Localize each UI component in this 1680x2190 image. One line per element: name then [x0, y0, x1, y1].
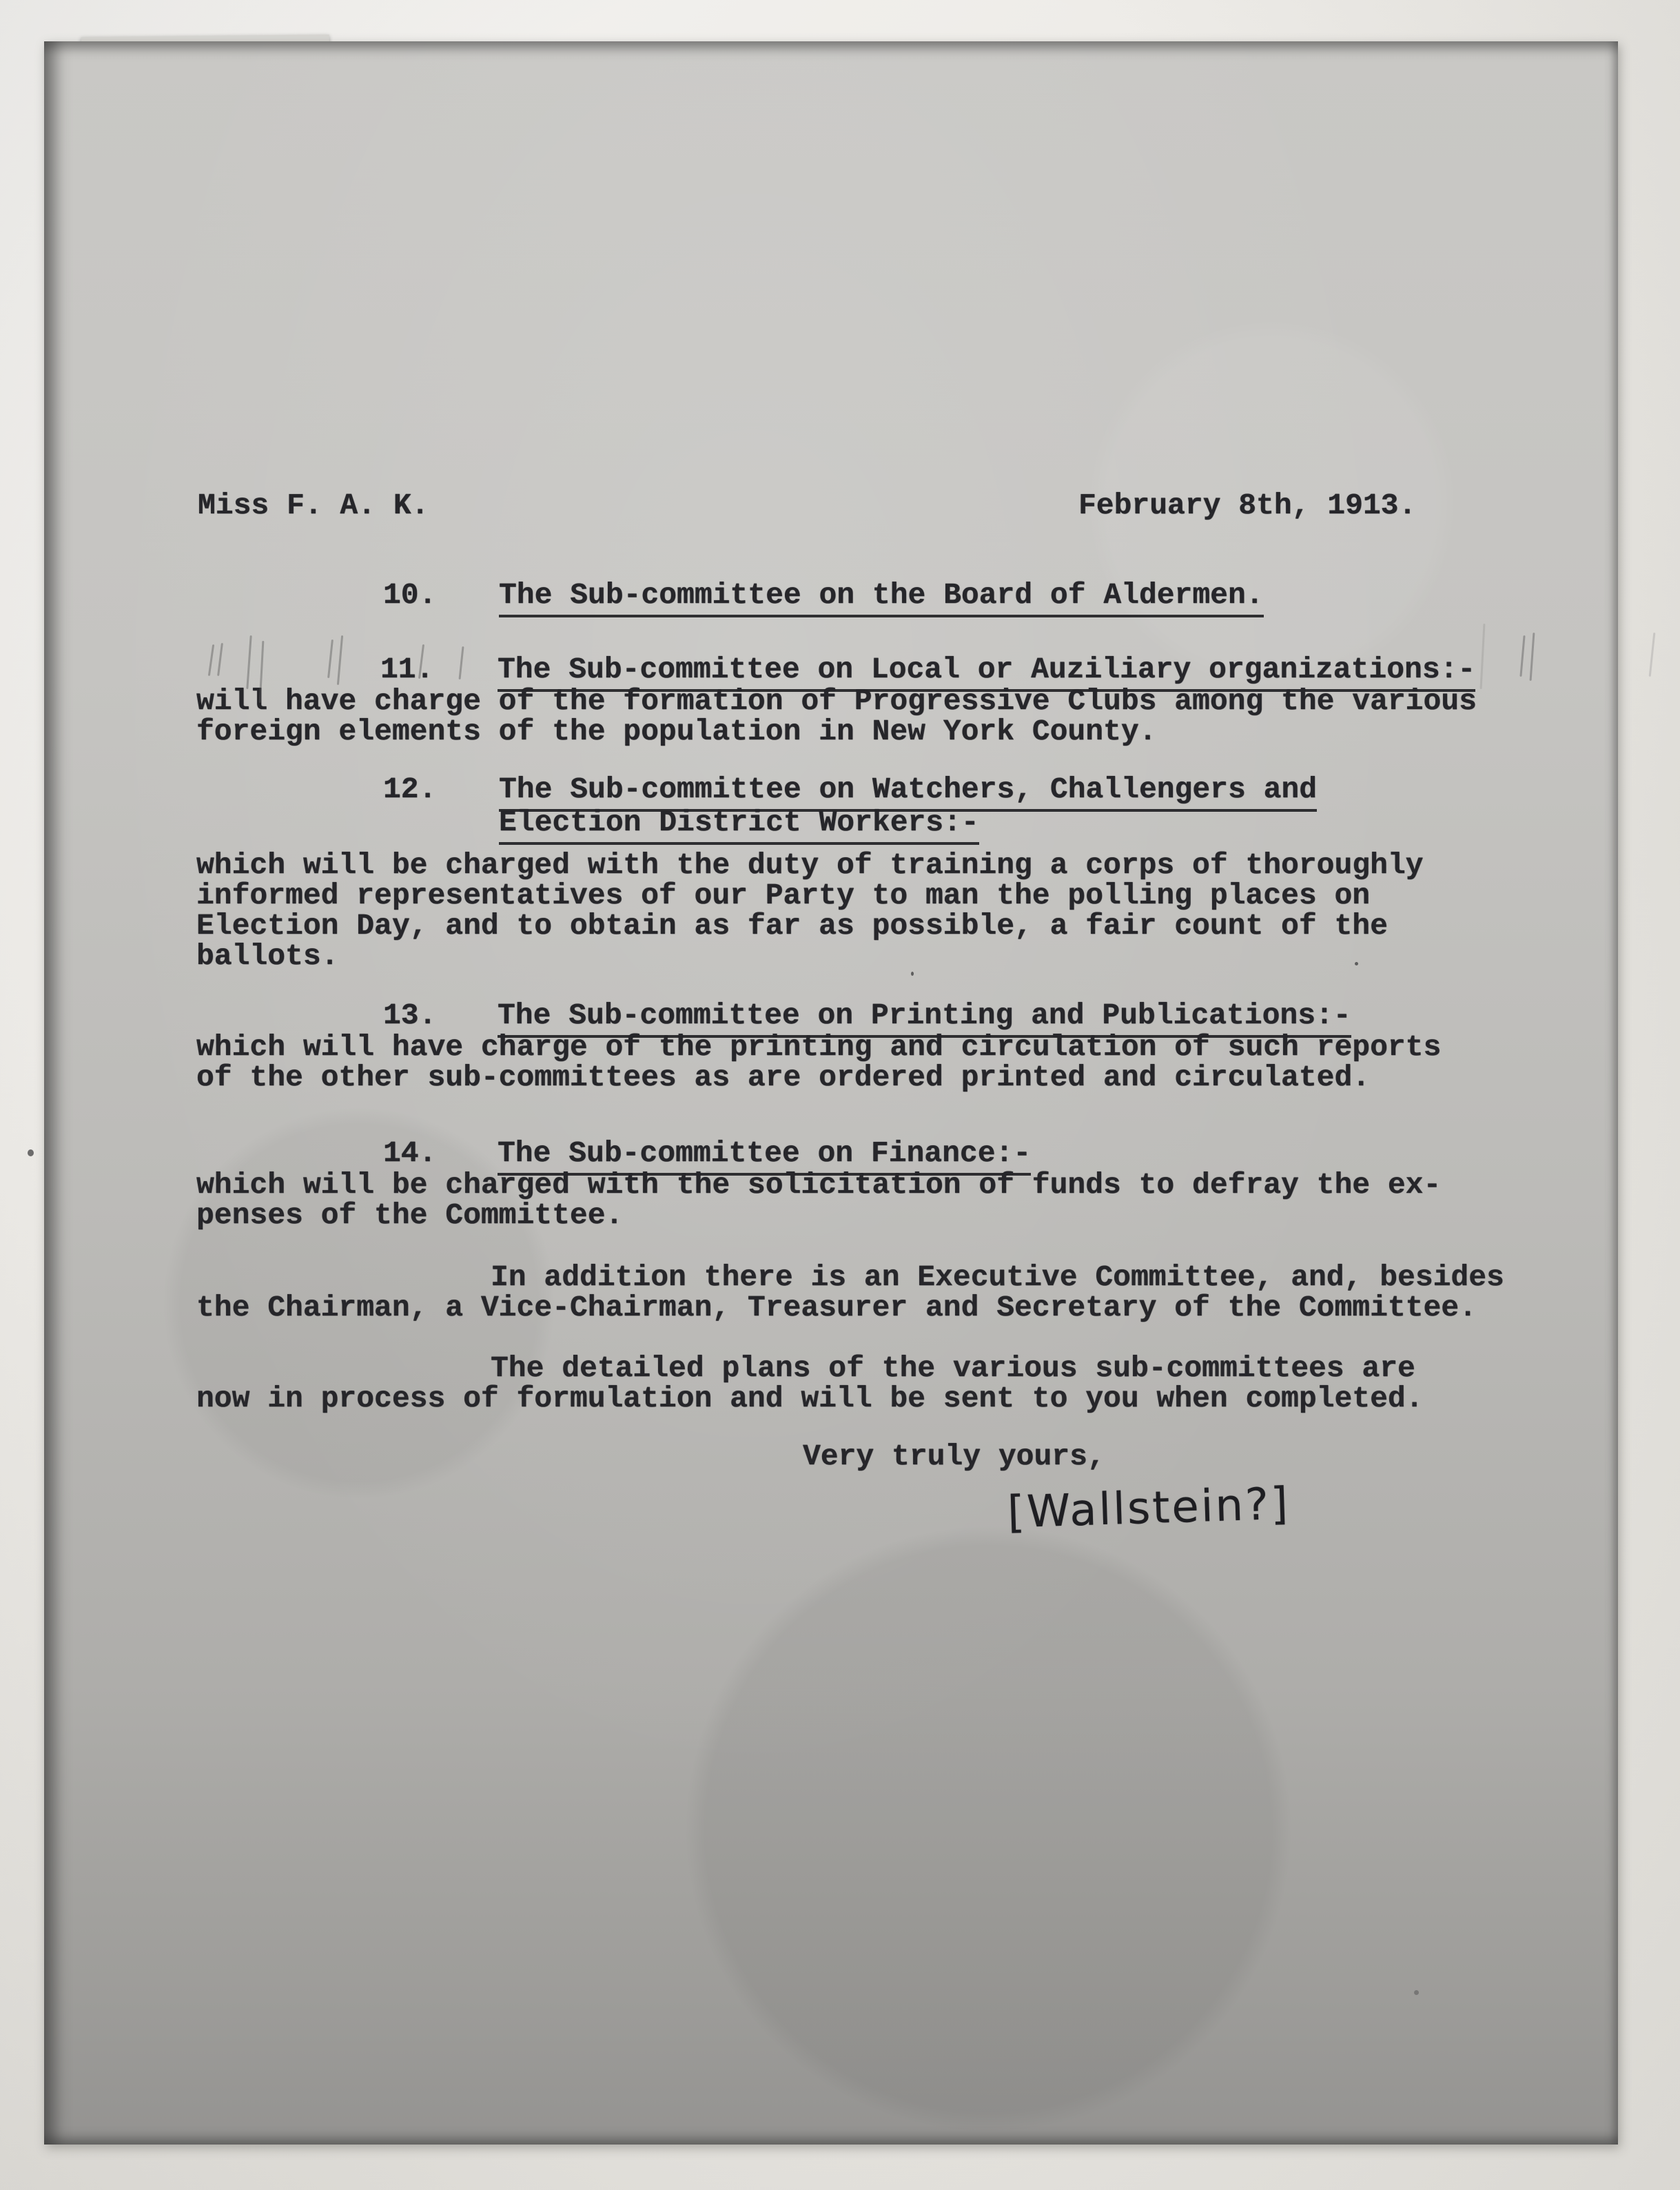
item-14-number: 14.	[383, 1138, 436, 1168]
item-10-number: 10.	[383, 580, 436, 610]
date: February 8th, 1913.	[1078, 491, 1416, 520]
item-13-heading: The Sub-committee on Printing and Public…	[498, 1001, 1351, 1030]
item-14-body-line: penses of the Committee.	[196, 1200, 623, 1230]
item-12-body-line: ballots.	[196, 941, 338, 971]
closing-paragraph-line: the Chairman, a Vice-Chairman, Treasurer…	[196, 1293, 1477, 1322]
item-11-body-line: will have charge of the formation of Pro…	[196, 686, 1477, 716]
item-11-body-line: foreign elements of the population in Ne…	[196, 717, 1156, 746]
pencil-mark	[1649, 633, 1656, 677]
item-14-body-line: which will be charged with the solicitat…	[196, 1170, 1441, 1200]
recipient: Miss F. A. K.	[198, 491, 429, 520]
scanned-letter-page: { "document": { "recipient": "Miss F. A.…	[0, 0, 1680, 2190]
ink-speck	[28, 1149, 34, 1156]
item-13-body-line: which will have charge of the printing a…	[196, 1032, 1441, 1062]
item-13-number: 13.	[383, 1001, 436, 1030]
item-12-body-line: informed representatives of our Party to…	[196, 881, 1370, 910]
item-12-number: 12.	[383, 775, 436, 804]
ink-speck	[1414, 1990, 1419, 1995]
valediction: Very truly yours,	[803, 1442, 1105, 1471]
item-13-body-line: of the other sub-committees as are order…	[196, 1063, 1370, 1092]
handwritten-signature-annotation: [Wallstein?]	[1007, 1479, 1291, 1539]
item-12-heading-line2: Election District Workers:-	[499, 808, 979, 837]
closing-paragraph-line: In addition there is an Executive Commit…	[491, 1262, 1504, 1292]
item-12-body-line: which will be charged with the duty of t…	[196, 850, 1424, 880]
item-11-number: 11.	[380, 655, 433, 684]
item-11-heading: The Sub-committee on Local or Auziliary …	[498, 655, 1475, 684]
item-12-heading: The Sub-committee on Watchers, Challenge…	[499, 775, 1317, 804]
closing-paragraph-line: The detailed plans of the various sub-co…	[491, 1353, 1415, 1383]
item-14-heading: The Sub-committee on Finance:-	[498, 1138, 1031, 1168]
closing-paragraph-line: now in process of formulation and will b…	[196, 1384, 1424, 1413]
ink-speck	[911, 972, 914, 976]
item-12-body-line: Election Day, and to obtain as far as po…	[196, 911, 1388, 941]
ink-speck	[1355, 962, 1358, 965]
item-10-heading: The Sub-committee on the Board of Alderm…	[499, 580, 1264, 610]
